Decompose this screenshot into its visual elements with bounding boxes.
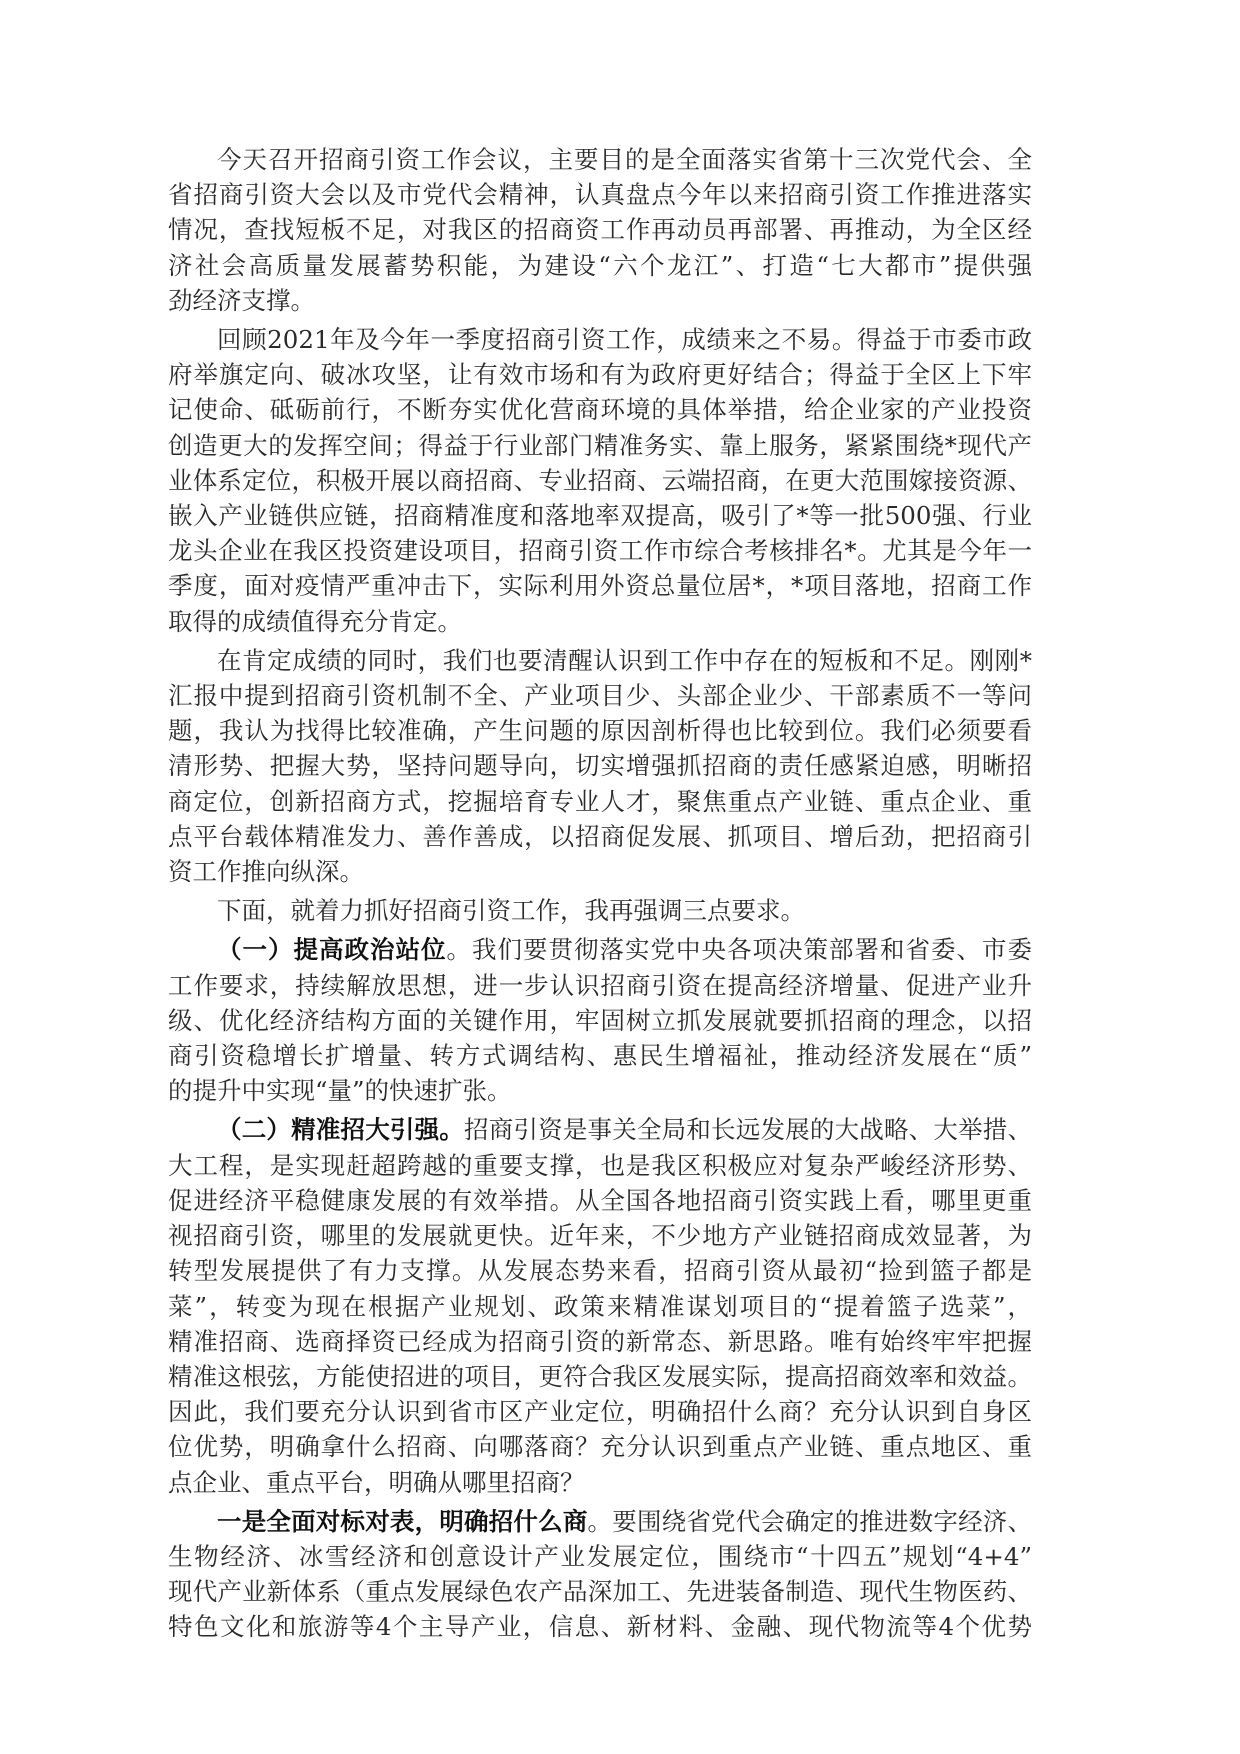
text-line: 位优势，明确拿什么招商、向哪落商？充分认识到重点产业链、重点地区、重 bbox=[168, 1429, 1032, 1464]
text-run: 。我们要贯彻落实党中央各项决策部署和省委、市委 bbox=[447, 935, 1033, 964]
document-page: 今天召开招商引资工作会议，主要目的是全面落实省第十三次党代会、全 省招商引资大会… bbox=[168, 142, 1032, 1649]
paragraph-intro: 今天召开招商引资工作会议，主要目的是全面落实省第十三次党代会、全 省招商引资大会… bbox=[168, 142, 1032, 318]
paragraph-shortcomings: 在肯定成绩的同时，我们也要清醒认识到工作中存在的短板和不足。刚刚* 汇报中提到招… bbox=[168, 643, 1032, 889]
section-heading: （一）提高政治站位 bbox=[217, 935, 447, 964]
text-line: （一）提高政治站位。我们要贯彻落实党中央各项决策部署和省委、市委 bbox=[168, 932, 1032, 967]
text-line: 现代产业新体系（重点发展绿色农产品深加工、先进装备制造、现代生物医药、 bbox=[168, 1574, 1032, 1609]
text-line: 菜”，转变为现在根据产业规划、政策来精准谋划项目的“提着篮子选菜”， bbox=[168, 1289, 1032, 1324]
text-line: 业体系定位，积极开展以商招商、专业招商、云端招商，在更大范围嫁接资源、 bbox=[168, 463, 1032, 498]
point-heading: 一是全面对标对表，明确招什么商 bbox=[217, 1507, 588, 1536]
text-line: 取得的成绩值得充分肯定。 bbox=[168, 604, 1032, 639]
text-line: （二）精准招大引强。招商引资是事关全局和长远发展的大战略、大举措、 bbox=[168, 1112, 1032, 1147]
text-line: 嵌入产业链供应链，招商精准度和落地率双提高，吸引了*等一批500强、行业 bbox=[168, 498, 1032, 533]
text-line: 今天召开招商引资工作会议，主要目的是全面落实省第十三次党代会、全 bbox=[168, 142, 1032, 177]
text-line: 促进经济平稳健康发展的有效举措。从全国各地招商引资实践上看，哪里更重 bbox=[168, 1183, 1032, 1218]
paragraph-section-2: （二）精准招大引强。招商引资是事关全局和长远发展的大战略、大举措、 大工程，是实… bbox=[168, 1112, 1032, 1499]
text-line: 题，我认为找得比较准确，产生问题的原因剖析得也比较到位。我们必须要看 bbox=[168, 713, 1032, 748]
text-line: 季度，面对疫情严重冲击下，实际利用外资总量位居*，*项目落地，招商工作 bbox=[168, 568, 1032, 603]
text-line: 龙头企业在我区投资建设项目，招商引资工作市综合考核排名*。尤其是今年一 bbox=[168, 533, 1032, 568]
text-line: 汇报中提到招商引资机制不全、产业项目少、头部企业少、干部素质不一等问 bbox=[168, 678, 1032, 713]
text-line: 商引资稳增长扩增量、转方式调结构、惠民生增福祉，推动经济发展在“质” bbox=[168, 1038, 1032, 1073]
text-line: 府举旗定向、破冰攻坚，让有效市场和有为政府更好结合；得益于全区上下牢 bbox=[168, 357, 1032, 392]
text-line: 转型发展提供了有力支撑。从发展态势来看，招商引资从最初“捡到篮子都是 bbox=[168, 1253, 1032, 1288]
text-line: 资工作推向纵深。 bbox=[168, 854, 1032, 889]
text-run: 招商引资是事关全局和长远发展的大战略、大举措、 bbox=[464, 1115, 1032, 1144]
text-line: 创造更大的发挥空间；得益于行业部门精准务实、靠上服务，紧紧围绕*现代产 bbox=[168, 428, 1032, 463]
text-line: 清形势、把握大势，坚持问题导向，切实增强抓招商的责任感紧迫感，明晰招 bbox=[168, 748, 1032, 783]
text-line: 一是全面对标对表，明确招什么商。要围绕省党代会确定的推进数字经济、 bbox=[168, 1504, 1032, 1539]
text-line: 下面，就着力抓好招商引资工作，我再强调三点要求。 bbox=[168, 893, 1032, 928]
text-line: 视招商引资，哪里的发展就更快。近年来，不少地方产业链招商成效显著，为 bbox=[168, 1218, 1032, 1253]
text-line: 点平台载体精准发力、善作善成，以招商促发展、抓项目、增后劲，把招商引 bbox=[168, 819, 1032, 854]
text-line: 精准招商、选商择资已经成为招商引资的新常态、新思路。唯有始终牢牢把握 bbox=[168, 1324, 1032, 1359]
paragraph-point-1: 一是全面对标对表，明确招什么商。要围绕省党代会确定的推进数字经济、 生物经济、冰… bbox=[168, 1504, 1032, 1645]
paragraph-section-1: （一）提高政治站位。我们要贯彻落实党中央各项决策部署和省委、市委 工作要求，持续… bbox=[168, 932, 1032, 1108]
paragraph-transition: 下面，就着力抓好招商引资工作，我再强调三点要求。 bbox=[168, 893, 1032, 928]
text-line: 特色文化和旅游等4个主导产业，信息、新材料、金融、现代物流等4个优势 bbox=[168, 1609, 1032, 1644]
text-line: 因此，我们要充分认识到省市区产业定位，明确招什么商？充分认识到自身区 bbox=[168, 1394, 1032, 1429]
text-line: 点企业、重点平台，明确从哪里招商？ bbox=[168, 1465, 1032, 1500]
text-line: 济社会高质量发展蓄势积能，为建设“六个龙江”、打造“七大都市”提供强 bbox=[168, 248, 1032, 283]
paragraph-review: 回顾2021年及今年一季度招商引资工作，成绩来之不易。得益于市委市政 府举旗定向… bbox=[168, 322, 1032, 639]
section-heading: （二）精准招大引强。 bbox=[217, 1115, 464, 1144]
text-line: 记使命、砥砺前行，不断夯实优化营商环境的具体举措，给企业家的产业投资 bbox=[168, 392, 1032, 427]
text-line: 在肯定成绩的同时，我们也要清醒认识到工作中存在的短板和不足。刚刚* bbox=[168, 643, 1032, 678]
text-line: 情况，查找短板不足，对我区的招商资工作再动员再部署、再推动，为全区经 bbox=[168, 212, 1032, 247]
text-line: 商定位，创新招商方式，挖掘培育专业人才，聚焦重点产业链、重点企业、重 bbox=[168, 784, 1032, 819]
text-line: 精准这根弦，方能使招进的项目，更符合我区发展实际，提高招商效率和效益。 bbox=[168, 1359, 1032, 1394]
text-line: 级、优化经济结构方面的关键作用，牢固树立抓发展就要抓招商的理念，以招 bbox=[168, 1003, 1032, 1038]
text-line: 的提升中实现“量”的快速扩张。 bbox=[168, 1073, 1032, 1108]
text-run: 。要围绕省党代会确定的推进数字经济、 bbox=[588, 1507, 1032, 1536]
text-line: 回顾2021年及今年一季度招商引资工作，成绩来之不易。得益于市委市政 bbox=[168, 322, 1032, 357]
text-line: 生物经济、冰雪经济和创意设计产业发展定位，围绕市“十四五”规划“4+4” bbox=[168, 1539, 1032, 1574]
text-line: 工作要求，持续解放思想，进一步认识招商引资在提高经济增量、促进产业升 bbox=[168, 968, 1032, 1003]
text-line: 大工程，是实现赶超跨越的重要支撑，也是我区积极应对复杂严峻经济形势、 bbox=[168, 1148, 1032, 1183]
text-line: 省招商引资大会以及市党代会精神，认真盘点今年以来招商引资工作推进落实 bbox=[168, 177, 1032, 212]
text-line: 劲经济支撑。 bbox=[168, 283, 1032, 318]
